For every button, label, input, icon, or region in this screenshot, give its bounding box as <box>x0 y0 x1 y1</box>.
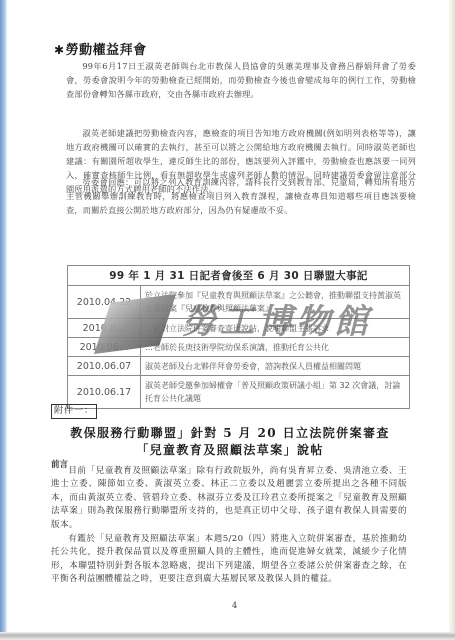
table-row: 2010.06… …老師於長庚技術學院幼保系演講，推動托育公共化 <box>68 338 410 357</box>
section-title-text: 勞動權益拜會 <box>66 43 147 58</box>
events-table: 99 年 1 月 31 日記者會後至 6 月 30 日聯盟大事記 2010.04… <box>67 265 410 409</box>
table-row: 2010.06.07 淑英老師及台北夥伴拜會勞委會，諮詢教保人員權益相關問題 <box>68 357 410 376</box>
annex-paragraph-versions: 目前「兒童教育及照顧法草案」除有行政院版外，尚有吳育昇立委、吳清池立委、王進士立… <box>51 465 407 532</box>
asterisk-bullet-icon: ✱ <box>54 43 65 57</box>
events-table-container: 99 年 1 月 31 日記者會後至 6 月 30 日聯盟大事記 2010.04… <box>67 265 410 409</box>
paragraph-response-1: 勞委會回應：可以將之列入教育訓練內容，請科長行文到教育部、兒童局，轉知所有地方主… <box>66 175 416 217</box>
event-date: 2010.06.07 <box>68 357 141 376</box>
event-date: 2010.0… <box>68 319 141 338</box>
event-date: 2010.04.22 <box>68 286 141 319</box>
event-description: 於立法院參加『兒童教育與照顧法草案』之公聽會，推動聯盟支持黃淑英立委提案『兒童教… <box>141 286 410 319</box>
page-number: 4 <box>232 601 237 610</box>
section-heading: ✱勞動權益拜會 <box>54 39 147 58</box>
annex-paragraph-purpose: 有鑑於「兒童教育及照顧法草案」本週5/20（四）將進入立院併案審查，基於推動幼托… <box>51 533 407 587</box>
document-page: ✱勞動權益拜會 99年6月17日王淑英老師與台北市教保人員協會的吳蕙美理事及會務… <box>0 0 455 640</box>
annex-title-line-1: 教保服務行動聯盟」針對 5 月 20 日立法院併案審查 <box>40 424 420 441</box>
event-description: …針對立法院併案審查寄送說帖，說明聯盟主張訴求 <box>141 319 410 338</box>
event-date: 2010.06… <box>68 338 141 357</box>
table-row: 2010.0… …針對立法院併案審查寄送說帖，說明聯盟主張訴求 <box>68 319 410 338</box>
event-description: …老師於長庚技術學院幼保系演講，推動托育公共化 <box>141 338 410 357</box>
events-table-title: 99 年 1 月 31 日記者會後至 6 月 30 日聯盟大事記 <box>68 266 410 286</box>
paragraph-visit: 99年6月17日王淑英老師與台北市教保人員協會的吳蕙美理事及會務呂靜娟拜會了勞委… <box>66 59 416 101</box>
annex-label: 附件一： <box>51 404 97 419</box>
table-row: 2010.04.22 於立法院參加『兒童教育與照顧法草案』之公聽會，推動聯盟支持… <box>68 286 410 319</box>
event-description: 淑英老師及台北夥伴拜會勞委會，諮詢教保人員權益相關問題 <box>141 357 410 376</box>
table-row: 2010.06.17 淑英老師受邀參加婦權會「普及照顧政策研議小組」第 32 次… <box>68 376 410 409</box>
annex-title-line-2: 「兒童教育及照顧法草案」說帖 <box>40 441 420 458</box>
event-description: 淑英老師受邀參加婦權會「普及照顧政策研議小組」第 32 次會議，討論托育公共化議… <box>141 376 410 409</box>
